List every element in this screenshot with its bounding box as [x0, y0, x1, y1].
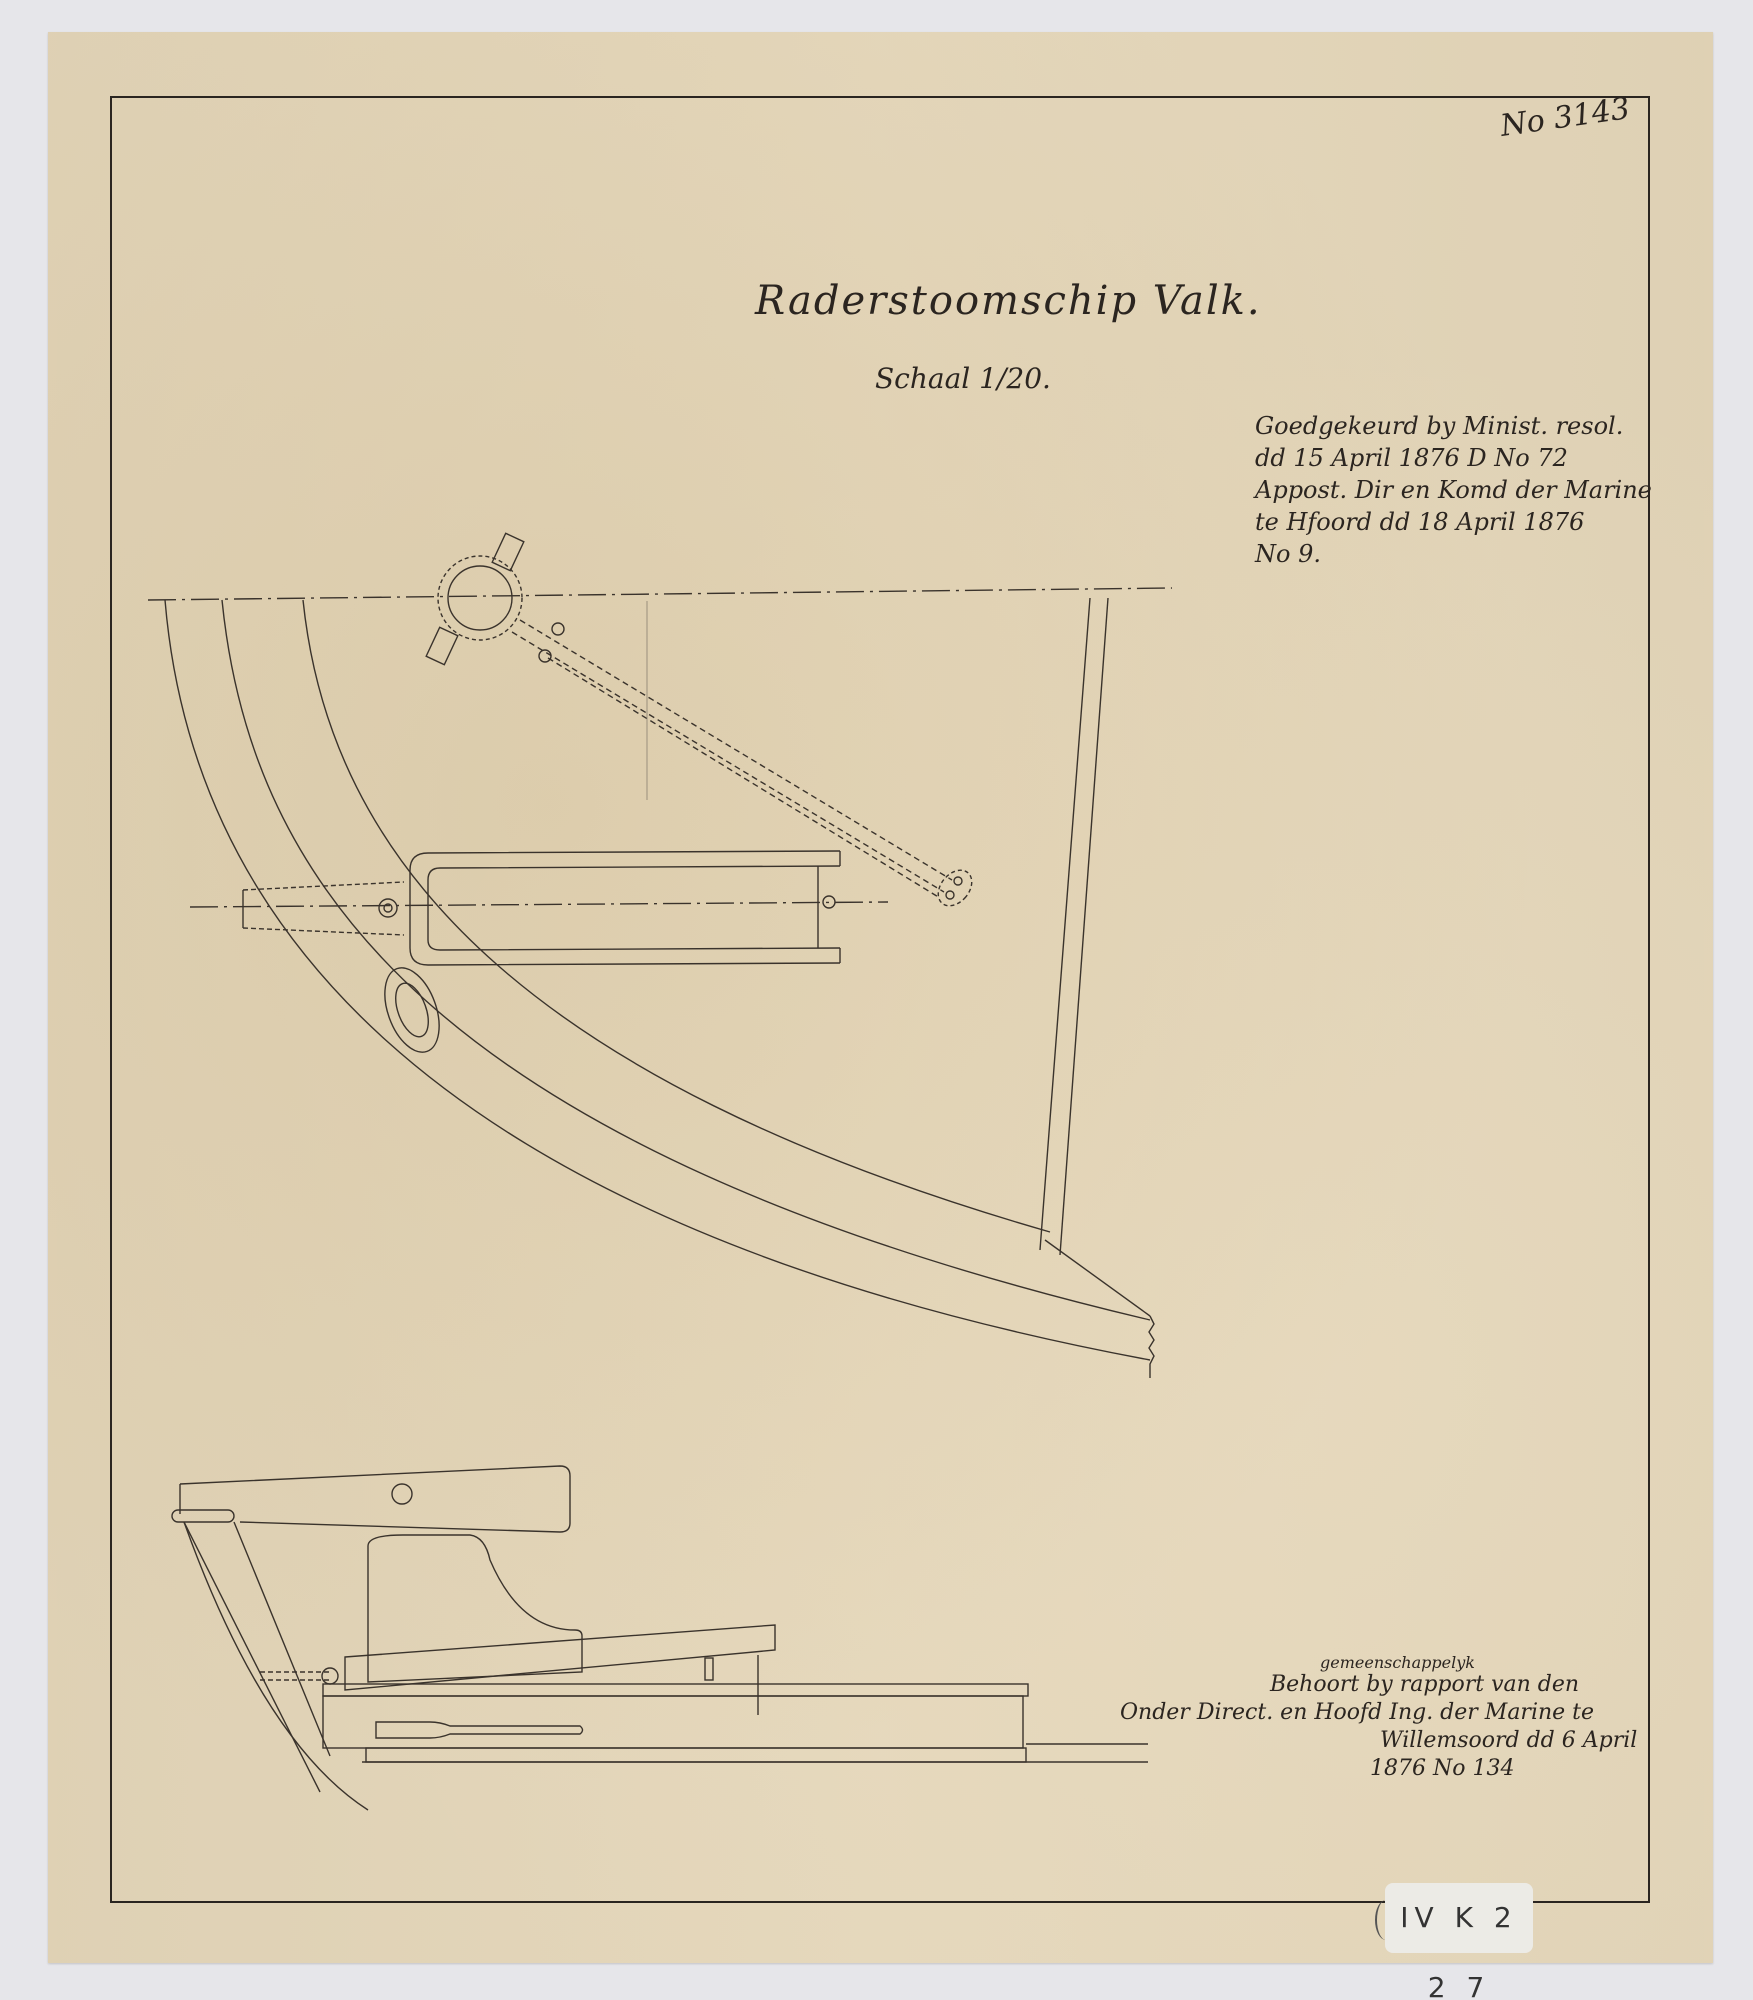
port-outer: [374, 960, 449, 1059]
right-frame-a: [1040, 598, 1090, 1250]
shaft-bore: [448, 566, 512, 630]
barrel-outline: [180, 1466, 570, 1532]
clamp-bolt-top: [492, 533, 524, 570]
rod-pin: [946, 891, 954, 899]
approval-line: No 9.: [1255, 538, 1652, 570]
bracket-pivot: [379, 899, 397, 917]
report-line: Behoort by rapport van den: [1270, 1671, 1637, 1699]
rod-edge-2: [512, 632, 944, 892]
rivet: [552, 623, 564, 635]
drawing-title: Raderstoomschip Valk.: [755, 278, 1262, 324]
wedge-dashed: [243, 882, 404, 935]
report-superscript: gemeenschappelyk: [1320, 1655, 1637, 1671]
rod-end: [931, 864, 978, 913]
slide-support: [705, 1658, 713, 1680]
rod-edge-3: [548, 658, 940, 898]
rod-edge-1: [520, 620, 952, 880]
pivot-bolt: [322, 1668, 338, 1684]
beam-top: [1045, 1240, 1150, 1316]
approval-note: Goedgekeurd by Minist. resol. dd 15 Apri…: [1255, 410, 1652, 570]
report-line: Onder Direct. en Hoofd Ing. der Marine t…: [1120, 1700, 1594, 1725]
compressor-rod: [376, 1722, 583, 1738]
middle-rib: [222, 600, 1150, 1320]
clamp-bolt-bottom: [426, 627, 458, 664]
center-line: [148, 588, 1172, 600]
gun-carriage-view: [172, 1466, 1148, 1810]
approval-line: Goedgekeurd by Minist. resol.: [1255, 410, 1652, 442]
report-line: 1876 No 134: [1370, 1755, 1637, 1783]
approval-line: te Hfoord dd 18 April 1876: [1255, 506, 1652, 538]
drawing-scale: Schaal 1/20.: [875, 362, 1051, 395]
bracket-axis: [190, 902, 888, 907]
report-line: Willemsoord dd 6 April: [1380, 1727, 1637, 1755]
collar-dashed: [438, 556, 522, 640]
report-note: gemeenschappelyk Behoort by rapport van …: [1120, 1655, 1637, 1783]
bracket-pin: [823, 896, 835, 908]
inner-rib: [303, 600, 1050, 1232]
trunnion: [392, 1484, 412, 1504]
approval-line: Appost. Dir en Komd der Marine: [1255, 474, 1652, 506]
barrel-hinge: [172, 1510, 234, 1522]
rivet: [539, 650, 551, 662]
approval-line: dd 15 April 1876 D No 72: [1255, 442, 1652, 474]
rod-pin: [954, 877, 962, 885]
side-post-inner: [234, 1522, 330, 1756]
pivot-dashed: [260, 1672, 330, 1680]
outer-rib: [165, 600, 1150, 1360]
break-line: [1149, 1316, 1154, 1378]
u-bracket-inner: [428, 866, 840, 950]
base-plate: [366, 1748, 1026, 1762]
side-post-outer: [184, 1522, 320, 1792]
paddle-box-section-view: [148, 533, 1172, 1378]
hull-curve: [184, 1522, 368, 1810]
base-rail: [323, 1684, 1028, 1696]
carriage-cheek: [368, 1535, 582, 1682]
right-frame-b: [1060, 598, 1108, 1255]
archive-label: IV K 2 2 7: [1385, 1883, 1533, 1953]
